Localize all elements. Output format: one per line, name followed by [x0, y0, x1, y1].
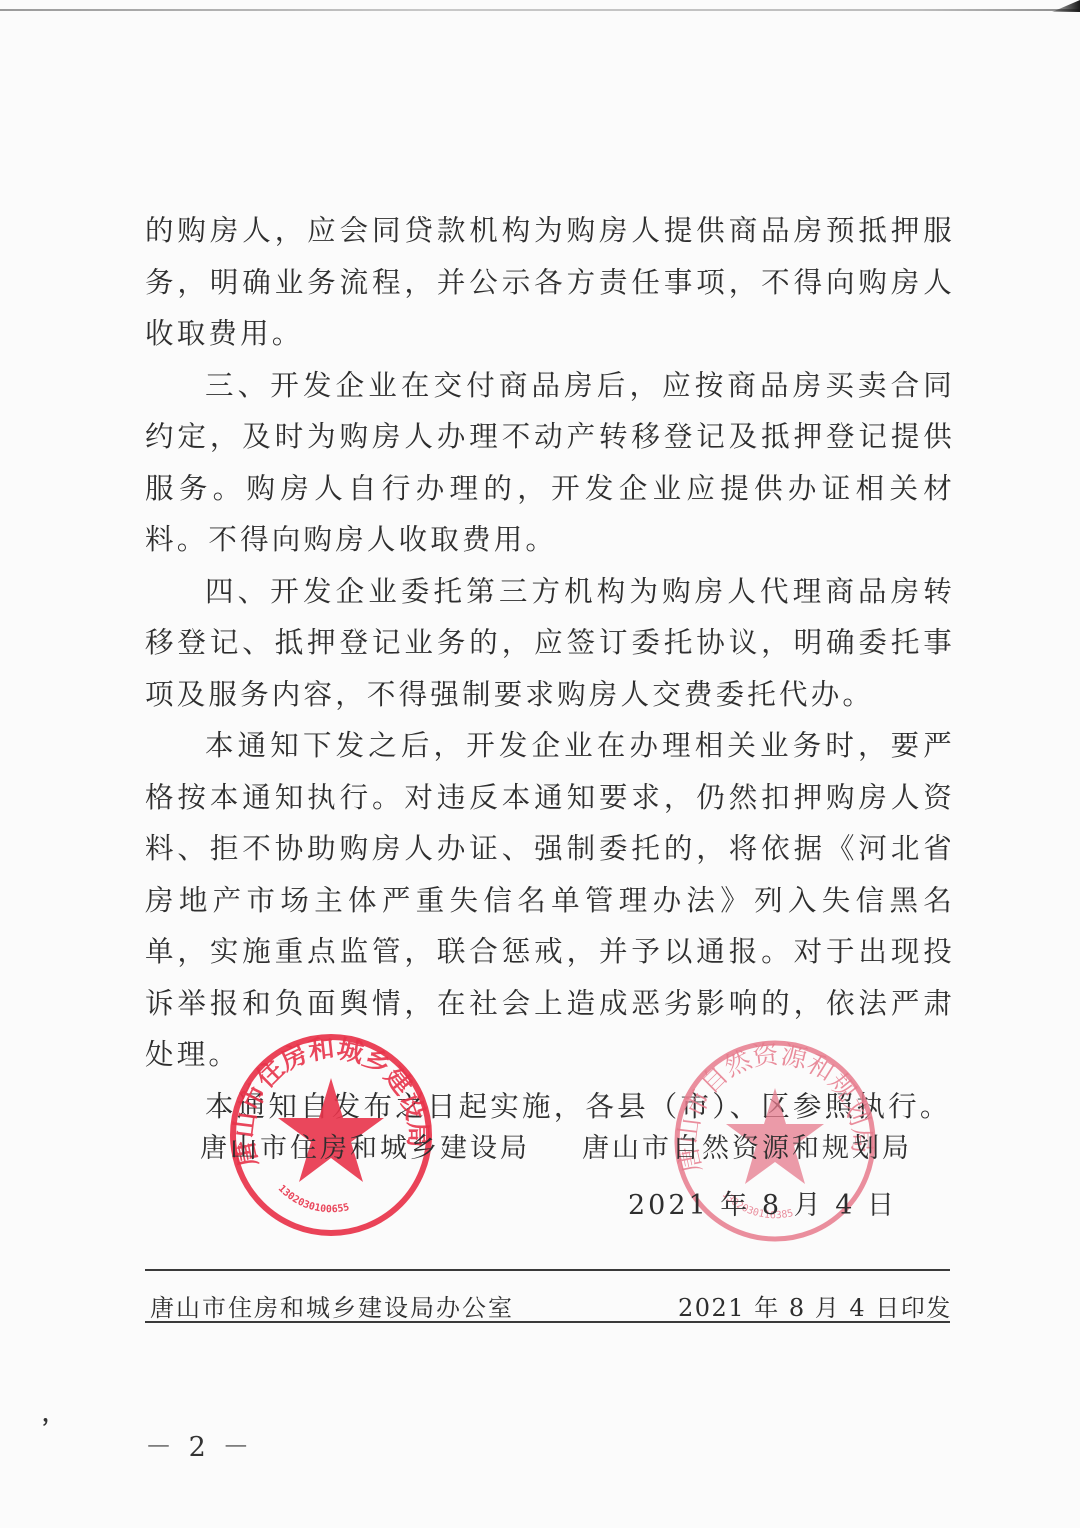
signature-housing-bureau: 唐山市住房和城乡建设局 [200, 1126, 530, 1165]
footer-top-rule [145, 1269, 950, 1271]
svg-text:1302030100655: 1302030100655 [276, 1183, 351, 1215]
footer-bottom-rule [145, 1321, 950, 1323]
footer-issue-date: 2021 年 8 月 4 日印发 [678, 1288, 952, 1323]
page-number: － 2 － [145, 1425, 253, 1464]
page-top-edge [0, 9, 1080, 11]
paragraph-enforcement: 本通知下发之后，开发企业在办理相关业务时，要严格按本通知执行。对违反本通知要求，… [145, 720, 955, 1081]
signature-resources-bureau: 唐山市自然资源和规划局 [582, 1126, 912, 1165]
document-body: 的购房人，应会同贷款机构为购房人提供商品房预抵押服务，明确业务流程，并公示各方责… [145, 205, 955, 1132]
signature-date: 2021 年 8 月 4 日 [628, 1183, 897, 1222]
stray-mark: ， [42, 1397, 64, 1428]
paragraph-item-4: 四、开发企业委托第三方机构为购房人代理商品房转移登记、抵押登记业务的，应签订委托… [145, 566, 955, 721]
paragraph-item-3: 三、开发企业在交付商品房后，应按商品房买卖合同约定，及时为购房人办理不动产转移登… [145, 360, 955, 566]
paragraph-continuation: 的购房人，应会同贷款机构为购房人提供商品房预抵押服务，明确业务流程，并公示各方责… [145, 205, 955, 360]
footer-issuer: 唐山市住房和城乡建设局办公室 [150, 1288, 514, 1323]
